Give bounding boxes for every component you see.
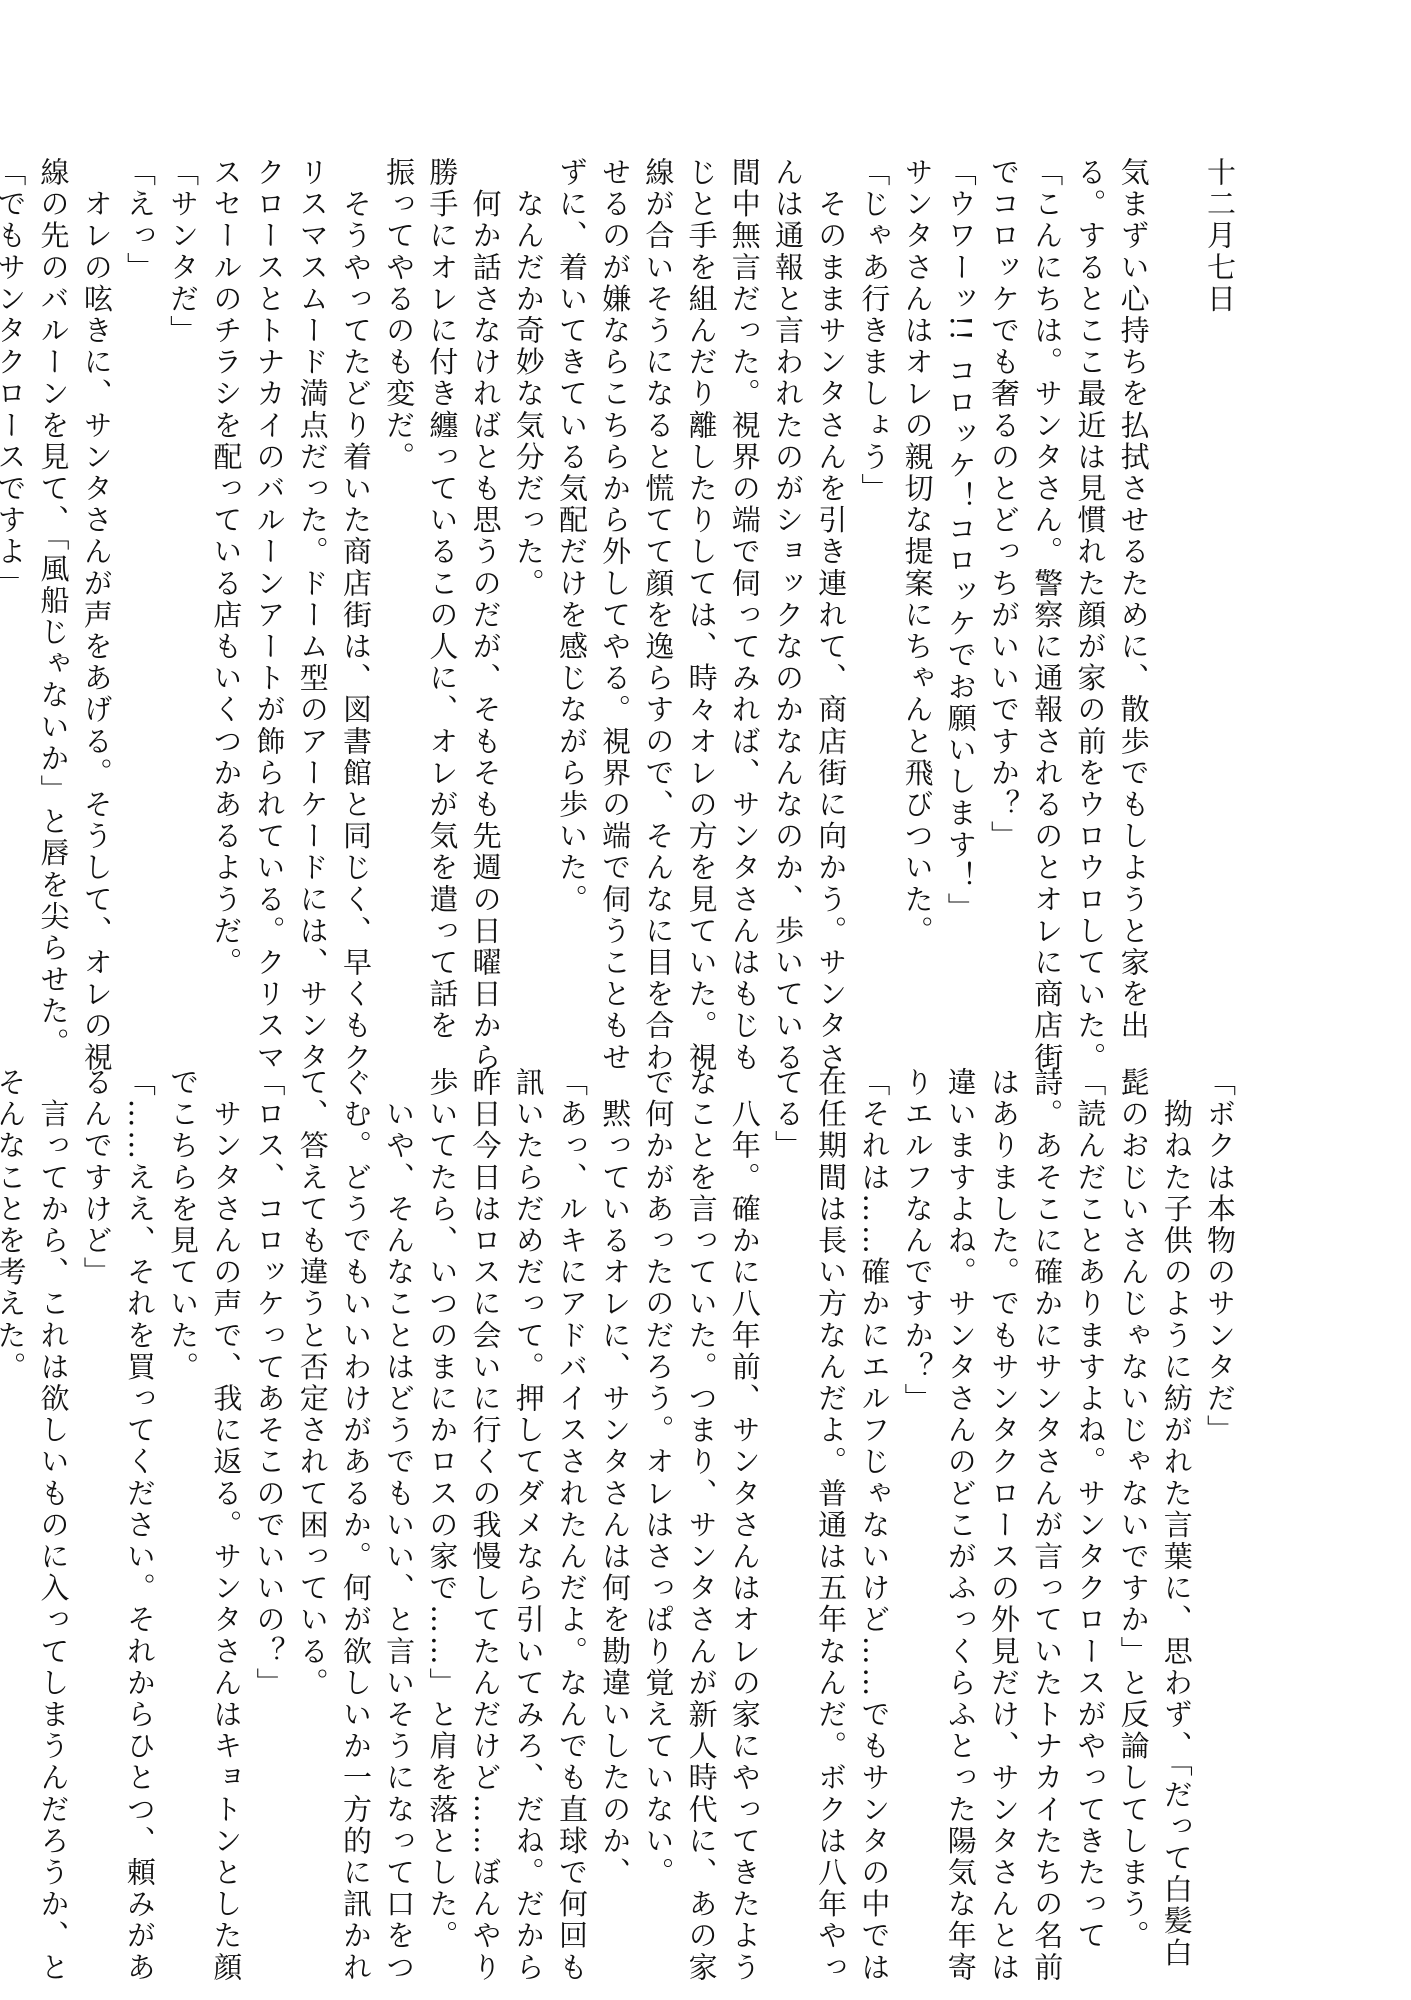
text-line: る。するとここ最近は見慣れた顔が家の前をウロウロしていた。	[1068, 157, 1111, 947]
text-line: 「でもサンタクロースですよ」	[0, 157, 31, 947]
text-line: 「あっ、ルキにアドバイスされたんだよ。なんでも直球で何回も	[550, 1067, 593, 1857]
text-line: ずに、着いてきている気配だけを感じながら歩いた。	[550, 157, 593, 947]
text-line: 詩。あそこに確かにサンタさんが言っていたトナカイたちの名前	[1025, 1067, 1068, 1857]
text-tier-bottom: 「ボクは本物のサンタだ」 拗ねた子供のように紡がれた言葉に、思わず、「だって白髪…	[161, 1067, 1241, 1857]
text-line: 「読んだことありますよね。サンタクロースがやってきたって	[1068, 1067, 1111, 1857]
text-line: じと手を組んだり離したりしては、時々オレの方を見ていた。視	[679, 157, 722, 947]
text-line: 言ってから、これは欲しいものに入ってしまうんだろうか、と	[31, 1067, 74, 1857]
text-line: でコロッケでも奢るのとどっちがいいですか？」	[982, 157, 1025, 947]
text-line: 在任期間は長い方なんだよ。普通は五年なんだ。ボクは八年やっ	[809, 1067, 852, 1857]
text-line: 気まずい心持ちを払拭させるために、散歩でもしようと家を出	[1111, 157, 1154, 947]
text-line: 違いますよね。サンタさんのどこがふっくらふとった陽気な年寄	[939, 1067, 982, 1857]
text-line: せるのが嫌ならこちらから外してやる。視界の端で伺うこともせ	[593, 157, 636, 947]
text-line: 「えっ」	[118, 157, 161, 947]
text-line: で何かがあったのだろう。オレはさっぱり覚えていない。	[636, 1067, 679, 1857]
text-line: 「こんにちは。サンタさん。警察に通報されるのとオレに商店街	[1025, 157, 1068, 947]
text-line: ぐむ。どうでもいいわけがあるか。何が欲しいか一方的に訊かれ	[334, 1067, 377, 1857]
text-line: 振ってやるのも変だ。	[377, 157, 420, 947]
text-line: 「サンタだ」	[161, 157, 204, 947]
text-line: サンタさんの声で、我に返る。サンタさんはキョトンとした顔	[204, 1067, 247, 1857]
text-line: 髭のおじいさんじゃないじゃないですか」と反論してしまう。	[1111, 1067, 1154, 1857]
text-line: 訊いたらだめだって。押してダメなら引いてみろ、だね。だから	[507, 1067, 550, 1857]
text-line: 「それは……確かにエルフじゃないけど……でもサンタの中では	[852, 1067, 895, 1857]
text-line: りエルフなんですか？」	[895, 1067, 938, 1857]
text-line: クロースとトナカイのバルーンアートが飾られている。クリスマ	[247, 157, 290, 947]
text-line: て、答えても違うと否定されて困っている。	[291, 1067, 334, 1857]
text-line: そのままサンタさんを引き連れて、商店街に向かう。サンタさ	[809, 157, 852, 947]
text-line: 「……ええ、それを買ってください。それからひとつ、頼みがあ	[118, 1067, 161, 1857]
text-line: 勝手にオレに付き纏っているこの人に、オレが気を遣って話を	[420, 157, 463, 947]
text-line: でこちらを見ていた。	[161, 1067, 204, 1857]
text-line: リスマスムード満点だった。ドーム型のアーケードには、サンタ	[291, 157, 334, 947]
title-gap	[1155, 157, 1198, 947]
text-line: 昨日今日はロスに会いに行くの我慢してたんだけど……ぼんやり	[463, 1067, 506, 1857]
text-line: そんなことを考えた。	[0, 1067, 31, 1857]
text-line: 「ウワーッ!! コロッケ！コロッケでお願いします！」	[939, 157, 982, 947]
text-line: るんですけど」	[75, 1067, 118, 1857]
text-tier-top: 十二月七日 気まずい心持ちを払拭させるために、散歩でもしようと家を出 る。すると…	[161, 157, 1241, 947]
text-line: 「ボクは本物のサンタだ」	[1198, 1067, 1241, 1857]
text-line: んは通報と言われたのがショックなのかなんなのか、歩いている	[766, 157, 809, 947]
text-line: てる」	[766, 1067, 809, 1857]
text-line: 歩いてたら、いつのまにかロスの家で……」と肩を落とした。	[420, 1067, 463, 1857]
text-line: なことを言っていた。つまり、サンタさんが新人時代に、あの家	[679, 1067, 722, 1857]
text-line: 「じゃあ行きましょう」	[852, 157, 895, 947]
text-line: 「ロス、コロッケってあそこのでいいの？」	[247, 1067, 290, 1857]
text-line: そうやってたどり着いた商店街は、図書館と同じく、早くもク	[334, 157, 377, 947]
text-line: 何か話さなければとも思うのだが、そもそも先週の日曜日から	[463, 157, 506, 947]
text-line: はありました。でもサンタクロースの外見だけ、サンタさんとは	[982, 1067, 1025, 1857]
text-line: 黙っているオレに、サンタさんは何を勘違いしたのか、	[593, 1067, 636, 1857]
text-line: 八年。確かに八年前、サンタさんはオレの家にやってきたよう	[723, 1067, 766, 1857]
text-line: 線が合いそうになると慌てて顔を逸らすので、そんなに目を合わ	[636, 157, 679, 947]
text-line: いや、そんなことはどうでもいい、と言いそうになって口をつ	[377, 1067, 420, 1857]
text-line: なんだか奇妙な気分だった。	[507, 157, 550, 947]
text-line: 間中無言だった。視界の端で伺ってみれば、サンタさんはもじも	[723, 157, 766, 947]
text-line: 線の先のバルーンを見て、「風船じゃないか」と唇を尖らせた。	[31, 157, 74, 947]
text-line: スセールのチラシを配っている店もいくつかあるようだ。	[204, 157, 247, 947]
text-line: 拗ねた子供のように紡がれた言葉に、思わず、「だって白髪白	[1155, 1067, 1198, 1857]
chapter-title: 十二月七日	[1198, 157, 1241, 947]
text-line: オレの呟きに、サンタさんが声をあげる。そうして、オレの視	[75, 157, 118, 947]
text-line: サンタさんはオレの親切な提案にちゃんと飛びついた。	[895, 157, 938, 947]
